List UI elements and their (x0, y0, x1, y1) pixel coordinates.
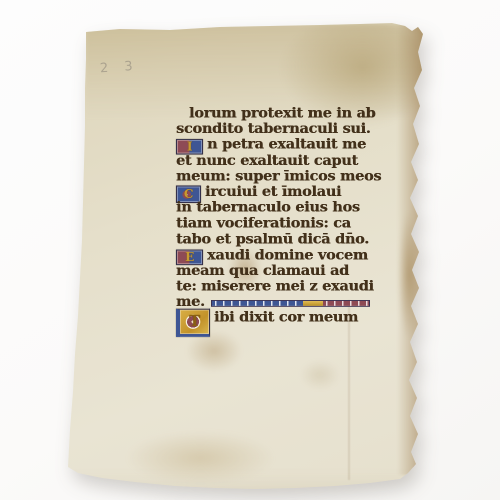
text-line: meum: super īmicos meos (176, 169, 376, 185)
line-text: meam qua clamaui ad (176, 262, 349, 278)
line-text: me. (176, 294, 205, 310)
text-block: lorum protexit me in ab scondito taberna… (176, 106, 376, 326)
line-filler-bar (211, 300, 370, 307)
stain-bottom-center (128, 432, 273, 484)
manuscript-leaf: 2 3 lorum protexit me in ab scondito tab… (0, 0, 500, 500)
pencil-inscription: 2 3 (100, 59, 140, 77)
line-text: xaudi domine vocem (207, 246, 368, 262)
filler-segment-gold (303, 301, 323, 306)
line-text: meum: super īmicos meos (176, 168, 381, 184)
text-line: meam qua clamaui ad (176, 263, 376, 279)
stain-right-middle (398, 210, 420, 340)
line-text: lorum protexit me in ab (189, 105, 375, 121)
text-line: Exaudi domine vocem (176, 247, 376, 263)
line-text: n petra exaltauit me (207, 136, 366, 152)
text-line: Circuiui et īmolaui (176, 185, 376, 201)
red-edge-fleck (413, 465, 418, 471)
stain-faint-blob (300, 360, 340, 390)
text-line: tiam vociferationis: ca (176, 216, 376, 232)
stain-right-edge (397, 20, 424, 475)
text-line: scondito tabernaculi sui. (176, 122, 376, 138)
text-line: Tibi dixit cor meum (176, 310, 376, 326)
line-text: ircuiui et īmolaui (205, 184, 341, 200)
vertical-crease (348, 300, 350, 480)
filler-segment-maroon (323, 301, 369, 306)
line-text: scondito tabernaculi sui. (176, 121, 371, 137)
line-text: tabo et psalmū dicā dn̄o. (176, 231, 369, 247)
filler-segment-blue (212, 301, 303, 306)
line-text: et nunc exaltauit caput (176, 152, 358, 168)
text-line: lorum protexit me in ab (176, 106, 376, 122)
text-line: in tabernaculo eius hos (176, 200, 376, 216)
line-text: te: miserere mei z exaudi (176, 278, 374, 294)
text-line: In petra exaltauit me (176, 137, 376, 153)
illuminated-initial-T: T (176, 309, 210, 337)
text-line: tabo et psalmū dicā dn̄o. (176, 232, 376, 248)
line-text: in tabernaculo eius hos (176, 199, 360, 215)
leaf-shadow-wrapper: 2 3 lorum protexit me in ab scondito tab… (0, 0, 500, 500)
text-line: et nunc exaltauit caput (176, 153, 376, 169)
line-text: ibi dixit cor meum (214, 309, 358, 325)
line-text: tiam vociferationis: ca (176, 215, 351, 231)
text-line: te: miserere mei z exaudi (176, 279, 376, 295)
photo-background: 2 3 lorum protexit me in ab scondito tab… (0, 0, 500, 500)
